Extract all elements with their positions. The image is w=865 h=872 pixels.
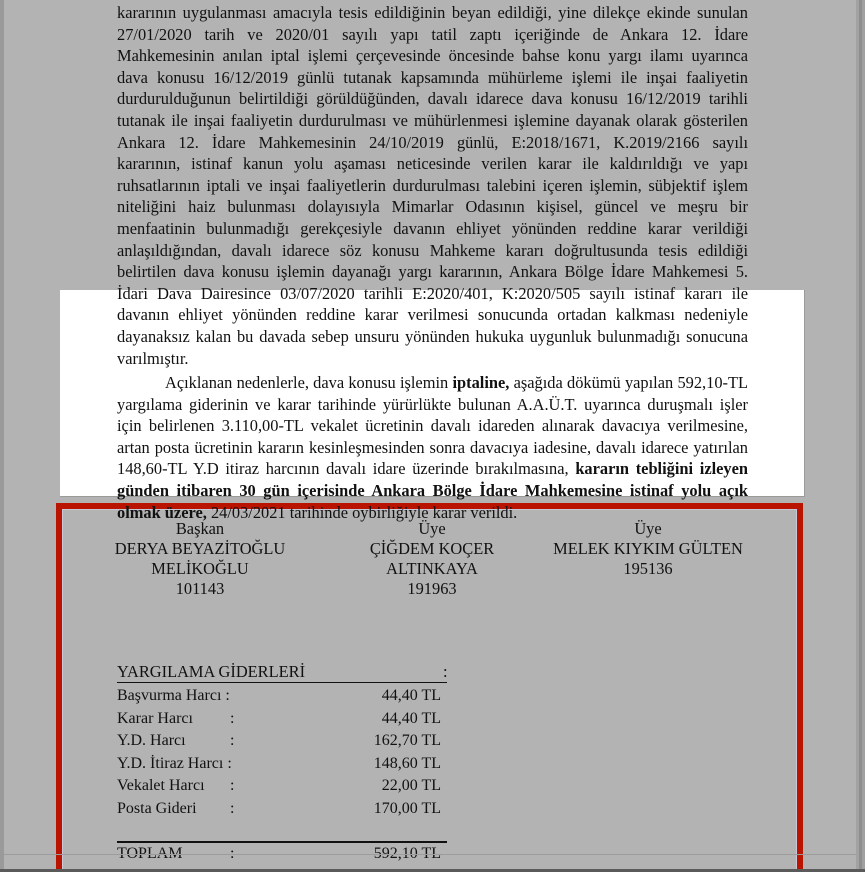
cost-colon: :: [230, 708, 234, 731]
cost-amount: 44,40 TL: [382, 708, 441, 731]
signature-id: 101143: [95, 579, 305, 599]
text-line: kararının uygulanması amacıyla tesis edi…: [117, 2, 748, 24]
signature-role: Üye: [327, 519, 537, 539]
cost-amount: 44,40 TL: [382, 685, 441, 708]
text-line: ruhsatlarının iptali ve inşai faaliyetle…: [117, 175, 748, 197]
signature-name: MELİKOĞLU: [95, 559, 305, 579]
signature-member-2: Üye MELEK KIYKIM GÜLTEN 195136: [543, 519, 753, 579]
signature-name: MELEK KIYKIM GÜLTEN: [543, 539, 753, 559]
signature-id: 195136: [543, 559, 753, 579]
costs-title-colon: :: [443, 661, 448, 684]
text-line: dava konusu 16/12/2019 günlü tutanak kap…: [117, 67, 748, 89]
text-line: niteliğini haiz bulunması dolayısıyla Mi…: [117, 196, 748, 218]
text-line: dayanaksız kalan bu davada sebep unsuru …: [117, 326, 748, 348]
cost-colon: :: [230, 775, 234, 798]
text-line: varılmıştır.: [117, 348, 748, 370]
cost-colon: :: [230, 798, 234, 821]
cost-amount: 22,00 TL: [382, 775, 441, 798]
signature-name: ALTINKAYA: [327, 559, 537, 579]
cost-row: Y.D. İtiraz Harcı :148,60 TL: [117, 753, 447, 776]
signature-role: Üye: [543, 519, 753, 539]
verdict-bold-annulment: iptaline,: [452, 373, 509, 392]
text-line: Ankara 12. İdare Mahkemesinin 24/10/2019…: [117, 132, 748, 154]
signature-name: DERYA BEYAZİTOĞLU: [95, 539, 305, 559]
text-line: kararının, istinaf kanun yolu aşaması ne…: [117, 153, 748, 175]
text-line: anlaşıldığından, davalı idarece söz konu…: [117, 240, 748, 262]
cost-colon: :: [230, 730, 234, 753]
cost-amount: 170,00 TL: [374, 798, 441, 821]
text-line: menfaatinin bulunmadığı gerekçesiyle dav…: [117, 218, 748, 240]
signature-id: 191963: [327, 579, 537, 599]
cost-row: Karar Harcı:44,40 TL: [117, 708, 447, 731]
left-window-edge: [0, 0, 4, 872]
verdict-text: Açıklanan nedenlerle, dava konusu işlemi…: [165, 373, 452, 392]
cost-amount: 148,60 TL: [374, 753, 441, 776]
text-line: davanın ehliyet yönünden reddine karar v…: [117, 304, 748, 326]
signature-member-1: Üye ÇİĞDEM KOÇER ALTINKAYA 191963: [327, 519, 537, 599]
signature-president: Başkan DERYA BEYAZİTOĞLU MELİKOĞLU 10114…: [95, 519, 305, 599]
cost-label: Başvurma Harcı :: [117, 685, 230, 708]
cost-label: Y.D. Harcı: [117, 730, 186, 753]
paragraph-verdict: Açıklanan nedenlerle, dava konusu işlemi…: [117, 372, 748, 523]
cost-row: Başvurma Harcı :44,40 TL: [117, 685, 447, 708]
cost-label: Vekalet Harcı: [117, 775, 205, 798]
cost-label: Karar Harcı: [117, 708, 193, 731]
costs-title: YARGILAMA GİDERLERİ: [117, 661, 305, 684]
text-line: İdari Dava Dairesince 03/07/2020 tarihli…: [117, 283, 748, 305]
page-bottom-rule: [4, 854, 856, 855]
text-line: belirtilen dava konusu işlemin dayanağı …: [117, 261, 748, 283]
cost-row: Posta Gideri:170,00 TL: [117, 798, 447, 821]
text-line: durdurulduğunun belirtildiği görüldüğünd…: [117, 88, 748, 110]
signature-name: ÇİĞDEM KOÇER: [327, 539, 537, 559]
paragraph-reasoning: kararının uygulanması amacıyla tesis edi…: [117, 2, 748, 369]
costs-header: YARGILAMA GİDERLERİ :: [117, 661, 447, 683]
cost-row: Y.D. Harcı:162,70 TL: [117, 730, 447, 753]
court-costs-table: YARGILAMA GİDERLERİ : Başvurma Harcı :44…: [117, 661, 447, 865]
cost-row: Vekalet Harcı:22,00 TL: [117, 775, 447, 798]
text-line: 27/01/2020 tarih ve 2020/01 sayılı yapı …: [117, 24, 748, 46]
signature-role: Başkan: [95, 519, 305, 539]
text-line: tutanak ile inşai faaliyetin durdurulmas…: [117, 110, 748, 132]
cost-label: Posta Gideri: [117, 798, 197, 821]
text-line: Mahkemesinin anılan iptal işlemi çerçeve…: [117, 45, 748, 67]
decision-text: kararının uygulanması amacıyla tesis edi…: [117, 2, 748, 523]
cost-label: Y.D. İtiraz Harcı :: [117, 753, 232, 776]
cost-amount: 162,70 TL: [374, 730, 441, 753]
vertical-scrollbar[interactable]: [856, 0, 865, 872]
costs-rows: Başvurma Harcı :44,40 TLKarar Harcı:44,4…: [117, 683, 447, 821]
